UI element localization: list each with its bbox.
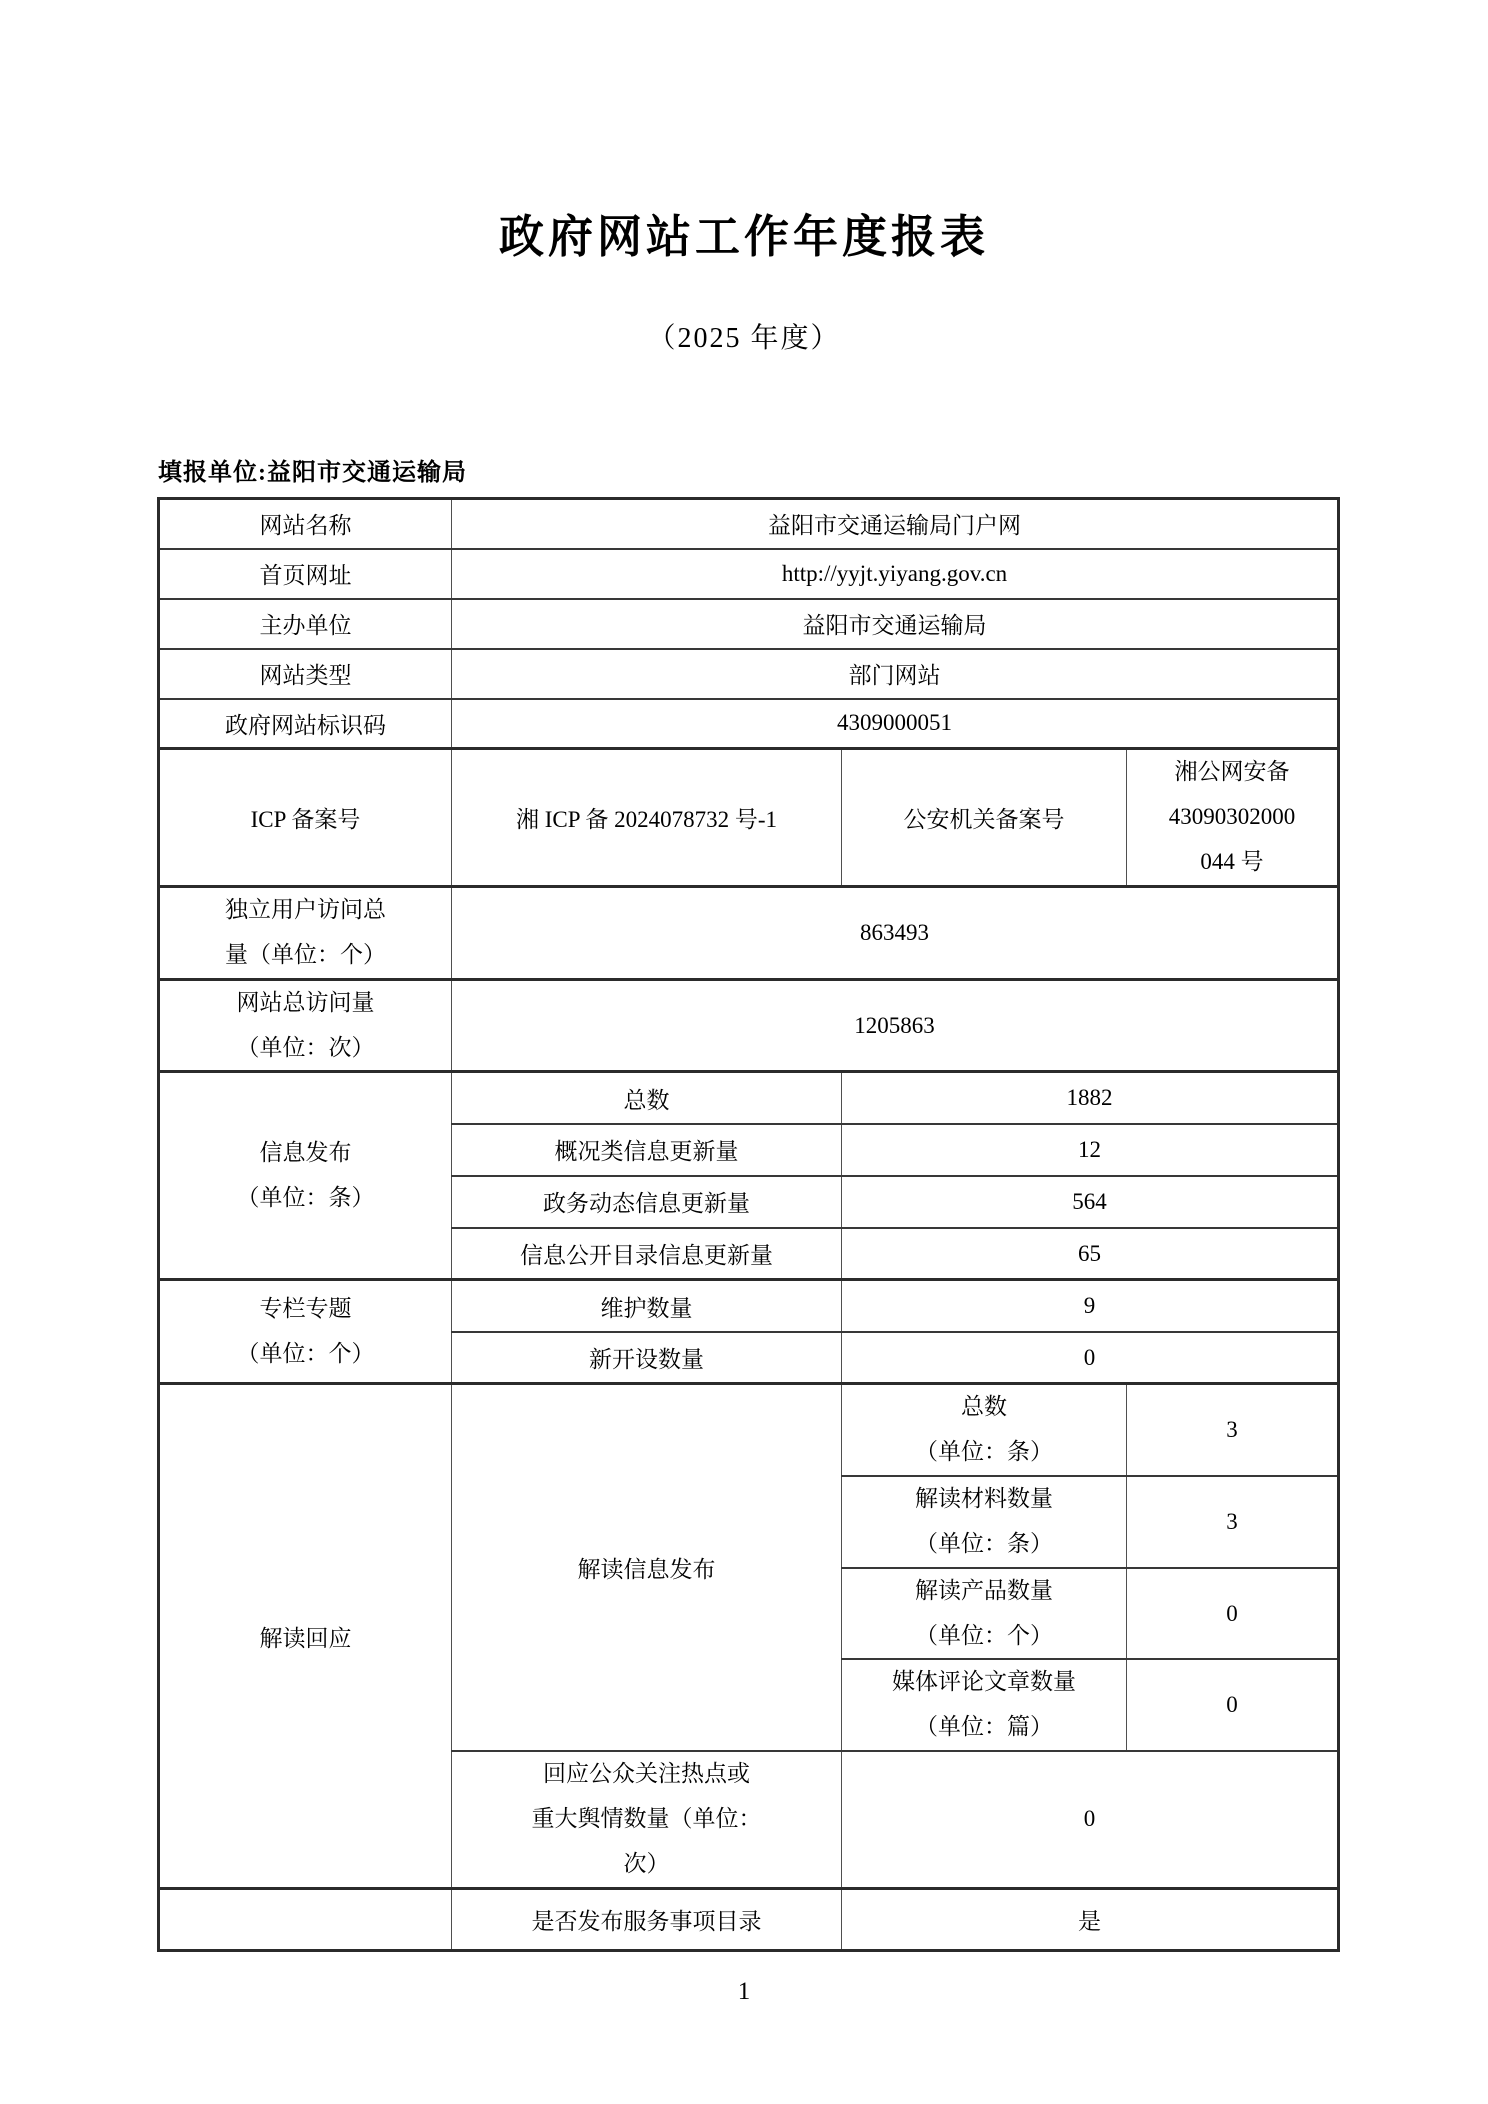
- info-release-total-label: 总数: [452, 1072, 842, 1124]
- info-release-overview-value: 12: [842, 1124, 1339, 1176]
- table-row: 网站类型 部门网站: [159, 649, 1339, 699]
- interpretation-total-label: 总数 （单位：条）: [842, 1384, 1127, 1476]
- interpretation-total-value: 3: [1127, 1384, 1339, 1476]
- home-url-label: 首页网址: [159, 549, 452, 599]
- hotspot-response-label: 回应公众关注热点或 重大舆情数量（单位： 次）: [452, 1751, 842, 1888]
- site-name-label: 网站名称: [159, 499, 452, 549]
- table-row: 首页网址 http://yyjt.yiyang.gov.cn: [159, 549, 1339, 599]
- info-release-overview-label: 概况类信息更新量: [452, 1124, 842, 1176]
- site-type-value: 部门网站: [452, 649, 1339, 699]
- table-row-info-release: 信息发布 （单位：条） 总数 1882: [159, 1072, 1339, 1124]
- site-id-label: 政府网站标识码: [159, 699, 452, 749]
- special-columns-section-label: 专栏专题 （单位：个）: [159, 1280, 452, 1384]
- interpretation-media-label: 媒体评论文章数量 （单位：篇）: [842, 1659, 1127, 1751]
- organizer-label: 主办单位: [159, 599, 452, 649]
- table-row: 政府网站标识码 4309000051: [159, 699, 1339, 749]
- table-row-unique-visitors: 独立用户访问总 量（单位：个） 863493: [159, 887, 1339, 980]
- table-row-total-visits: 网站总访问量 （单位：次） 1205863: [159, 979, 1339, 1072]
- page-title: 政府网站工作年度报表: [0, 200, 1488, 265]
- total-visits-value: 1205863: [452, 979, 1339, 1072]
- interpretation-product-value: 0: [1127, 1568, 1339, 1660]
- unique-visitors-value: 863493: [452, 887, 1339, 980]
- icp-label: ICP 备案号: [159, 749, 452, 887]
- table-row-interpretation: 解读回应 解读信息发布 总数 （单位：条） 3: [159, 1384, 1339, 1476]
- special-columns-maintained-label: 维护数量: [452, 1280, 842, 1332]
- special-columns-new-label: 新开设数量: [452, 1332, 842, 1384]
- total-visits-label: 网站总访问量 （单位：次）: [159, 979, 452, 1072]
- site-name-value: 益阳市交通运输局门户网: [452, 499, 1339, 549]
- icp-value: 湘 ICP 备 2024078732 号-1: [452, 749, 842, 887]
- special-columns-maintained-value: 9: [842, 1280, 1339, 1332]
- police-filing-label: 公安机关备案号: [842, 749, 1127, 887]
- service-catalog-value: 是: [842, 1888, 1339, 1950]
- table-row-special-columns: 专栏专题 （单位：个） 维护数量 9: [159, 1280, 1339, 1332]
- info-release-section-label: 信息发布 （单位：条）: [159, 1072, 452, 1280]
- interpretation-media-value: 0: [1127, 1659, 1339, 1751]
- site-type-label: 网站类型: [159, 649, 452, 699]
- filing-unit-label: 填报单位:益阳市交通运输局: [158, 452, 467, 487]
- organizer-value: 益阳市交通运输局: [452, 599, 1339, 649]
- annual-report-table: 网站名称 益阳市交通运输局门户网 首页网址 http://yyjt.yiyang…: [157, 497, 1340, 1952]
- service-catalog-label: 是否发布服务事项目录: [452, 1888, 842, 1950]
- table-row-service-catalog: 是否发布服务事项目录 是: [159, 1888, 1339, 1950]
- police-filing-value: 湘公网安备 43090302000 044 号: [1127, 749, 1339, 887]
- table-row: 主办单位 益阳市交通运输局: [159, 599, 1339, 649]
- site-id-value: 4309000051: [452, 699, 1339, 749]
- service-catalog-section-cell: [159, 1888, 452, 1950]
- interpretation-release-label: 解读信息发布: [452, 1384, 842, 1751]
- interpretation-material-value: 3: [1127, 1476, 1339, 1568]
- page-number: 1: [0, 1978, 1488, 2006]
- hotspot-response-value: 0: [842, 1751, 1339, 1888]
- report-page: 政府网站工作年度报表 （2025 年度） 填报单位:益阳市交通运输局 网站名称 …: [0, 0, 1488, 2104]
- unique-visitors-label: 独立用户访问总 量（单位：个）: [159, 887, 452, 980]
- info-release-total-value: 1882: [842, 1072, 1339, 1124]
- page-subtitle: （2025 年度）: [0, 316, 1488, 356]
- info-release-catalog-label: 信息公开目录信息更新量: [452, 1228, 842, 1280]
- table-row: 网站名称 益阳市交通运输局门户网: [159, 499, 1339, 549]
- interpretation-product-label: 解读产品数量 （单位：个）: [842, 1568, 1127, 1660]
- info-release-catalog-value: 65: [842, 1228, 1339, 1280]
- info-release-news-value: 564: [842, 1176, 1339, 1228]
- info-release-news-label: 政务动态信息更新量: [452, 1176, 842, 1228]
- home-url-value: http://yyjt.yiyang.gov.cn: [452, 549, 1339, 599]
- special-columns-new-value: 0: [842, 1332, 1339, 1384]
- interpretation-section-label: 解读回应: [159, 1384, 452, 1888]
- table-row-icp: ICP 备案号 湘 ICP 备 2024078732 号-1 公安机关备案号 湘…: [159, 749, 1339, 887]
- interpretation-material-label: 解读材料数量 （单位：条）: [842, 1476, 1127, 1568]
